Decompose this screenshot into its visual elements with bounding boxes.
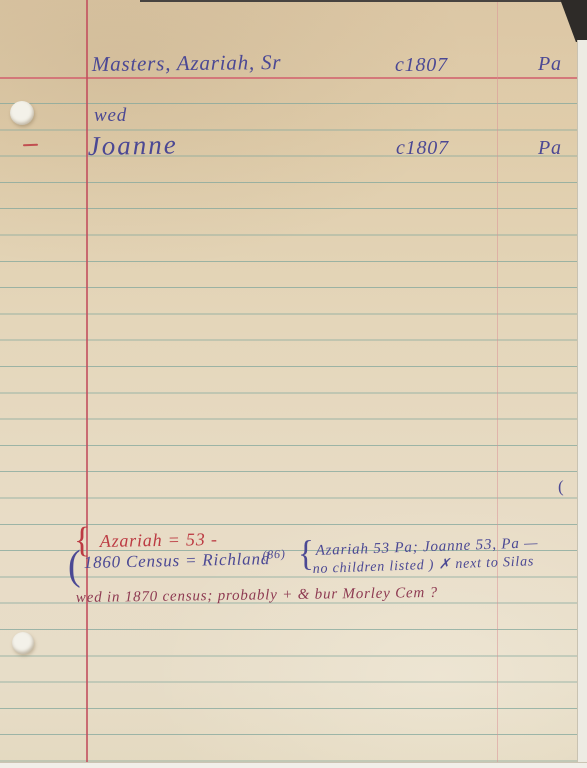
census-source-note: 1860 Census = Richland	[84, 549, 271, 573]
left-margin-line	[86, 0, 88, 768]
spouse-name: Joanne	[87, 129, 177, 162]
right-margin-line	[497, 0, 498, 768]
census-paren-glyph: (	[68, 542, 81, 590]
census-superscript: (86)	[262, 546, 286, 563]
entry-name: Masters, Azariah, Sr	[92, 50, 282, 77]
relation-word: wed	[94, 105, 127, 127]
scanned-notebook-page: Masters, Azariah, Sr c1807 Pa wed Joanne…	[0, 0, 587, 768]
entry-birth-place: Pa	[538, 53, 562, 76]
spouse-birth-place: Pa	[538, 137, 562, 160]
scan-edge-top	[140, 0, 587, 2]
entry-birth-year: c1807	[395, 54, 448, 77]
red-age-note: Azariah = 53 -	[100, 529, 218, 552]
punch-hole-top	[10, 101, 34, 125]
scan-edge-bottom	[0, 762, 587, 768]
stray-ink-mark: (	[558, 477, 564, 497]
spouse-birth-year: c1807	[396, 137, 449, 160]
census-brace-glyph: {	[298, 534, 314, 575]
punch-hole-bottom	[12, 632, 34, 654]
scan-edge-right	[577, 40, 587, 768]
